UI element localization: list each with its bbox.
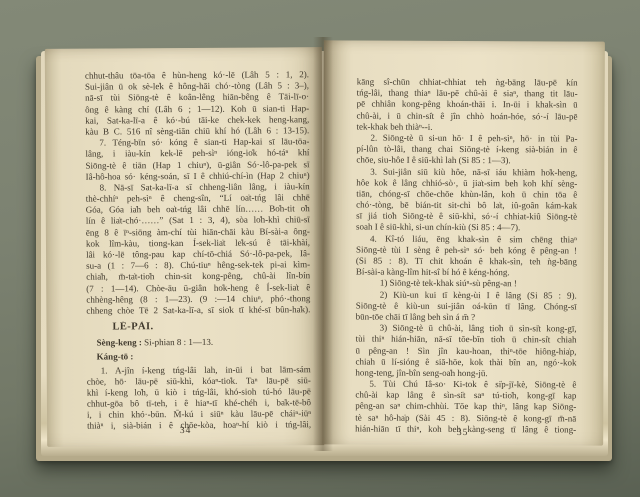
label-bold: Sèng-keng : [97,337,142,347]
page-number: 35 [322,427,603,438]
text-line: (Si 85 : 8). Tī chit khoán ê khak-sìn, t… [356,256,577,268]
right-page: kāng sî-chūn chhiat-chhiat teh ǹg-bāng l… [322,40,605,445]
text-line: 2. Siōng-tè ū si-un hō· I ê peh-sìⁿ, hō·… [356,132,577,144]
text-line: chōe, siu-hôe I ê siū-khì lah (Si 85 : 1… [356,155,577,167]
text-line: 5. Tùi Chú Iâ-so· Ki-tok ê si̍p-jī-kè, S… [355,379,576,391]
text-line: chia̍h, m̄-ta̍t-tio̍h chin-sit kong-pêng… [86,271,310,284]
text-line: 4. Kî-tó liáu, ēng khak-sìn ê sim chēng … [356,233,577,245]
label-bold: Káng-tō : [97,352,134,362]
text-line: būn-tōe chāi tī lâng beh sìn á m̄ ? [356,311,577,323]
text-line: Bí-sài-a kàng-lîm hit-sî bí hó ê kéng-hó… [356,267,577,279]
text-line: tek-khak beh thiàⁿ--i. [356,121,577,133]
text-line: ū pêng-an ! Sìn jîn kau-hoan, thiⁿ-tōe h… [356,345,577,357]
section-heading: LÉ-PÀI. [112,320,310,334]
text-line: pē chhiân kong-pêng khoán-thāi i. In-ūi … [357,99,578,111]
text-line: tè saⁿ hô-ha̍p (Sài 45 : 8). Siōng-tè ê … [355,412,576,424]
text-line: Siōng-tè ê kiù-un sui-jiân oá-kūn tī lân… [356,300,577,312]
text-line: chheng chòe Tē 2 Sat-ka-lī-a, sī sio̍k t… [86,304,310,317]
text-line: 3) Siōng-tè ū chû-ài, lâng tio̍h ū sìn-s… [356,323,577,335]
text-line: sī jiá tio̍h Siōng-tè ê siū-khì, só·-í c… [356,211,577,223]
text-line: kāng sî-chūn chhiat-chhiat teh ǹg-bāng l… [357,77,578,89]
text-line: tùi thiⁿ hián-hiān, nā-sī tōe-bīn tio̍h … [356,334,577,346]
text-line: tiān, chóng-sī chōe-chōe khùn-lân, koh ū… [356,188,577,200]
text-line: chiah ū lí-sióng ê siā-hōe, kok thài bîn… [355,356,576,368]
text-line: 1. A-jîn í-keng tńg-lâi lah, in-ūi i bat… [87,364,311,377]
text-line: 2) Kiù-un kui tī kèng-ùi I ê lâng (Si 85… [356,289,577,301]
text-line: 3. Sui-jiân siū kiù hôe, nā-sī iáu khiàm… [356,166,577,178]
text-line: hôe kok ê lâng chhió-sò·, ū jia̍t-sim be… [356,177,577,189]
text-line: Káng-tō : [97,351,311,363]
desk-background: chhut-thâu tōa-tōa ê hùn-heng kó·-lē (Lâ… [0,0,640,497]
text-line: chû-ài kap lâng ê sìn-si̍t saⁿ tú-tio̍h,… [355,390,576,402]
left-page: chhut-thâu tōa-tōa ê hùn-heng kó·-lē (Lâ… [45,47,324,447]
label-text: Si-phian 8 : 1—13. [142,337,213,347]
text-line: chó·-tòng, bē bián-tit sit-chì bô la̍t, … [356,200,577,212]
text-line: chû-ài, i ū chin-si̍t ê jîn chhò hoán-hó… [357,110,578,122]
page-number: 34 [47,425,324,437]
text-line: 1) Siōng-tè tek-khak siúⁿ-sù pêng-an ! [356,278,577,290]
text-line: pêng-an saⁿ chim-chhùi. Tōe kap thiⁿ, lâ… [355,401,576,413]
text-line: tńg-lâi, thang thiaⁿ lāu-pē chû-ài ê sia… [357,88,578,100]
text-line: soah I ê siū-khì, si-un chín-kiù (Si 85 … [356,222,577,234]
text-line: lín ê lia̍t-chó·……” (Sat 1 : 3, 4), sòa … [86,215,310,228]
right-page-text: kāng sî-chūn chhiat-chhiat teh ǹg-bāng l… [355,77,578,436]
text-line: Sèng-keng : Si-phian 8 : 1—13. [97,336,311,348]
text-line: hong-teng, jîn-bîn seng-oa̍h hong-jū. [355,367,576,379]
open-book: chhut-thâu tōa-tōa ê hùn-heng kó·-lē (Lâ… [33,36,615,464]
text-line: Siōng-tè ê tiān (Hap 1 chiuⁿ), ū-giân Só… [85,159,309,172]
text-line: nā-sī tùi Siōng-tè ê koân-lêng hiān-bêng… [85,92,309,105]
text-line: Siōng-tè tùi I sèng ê peh-sìⁿ só· beh kó… [356,244,577,256]
text-line: pí-lûn tò-lâi, thang chai Siōng-tè í-ken… [356,144,577,156]
text-line: lâng, i iàu-kín kek-lē peh-sìⁿ ióng-io̍k… [85,148,309,161]
left-page-text: chhut-thâu tōa-tōa ê hùn-heng kó·-lē (Lâ… [85,69,311,432]
